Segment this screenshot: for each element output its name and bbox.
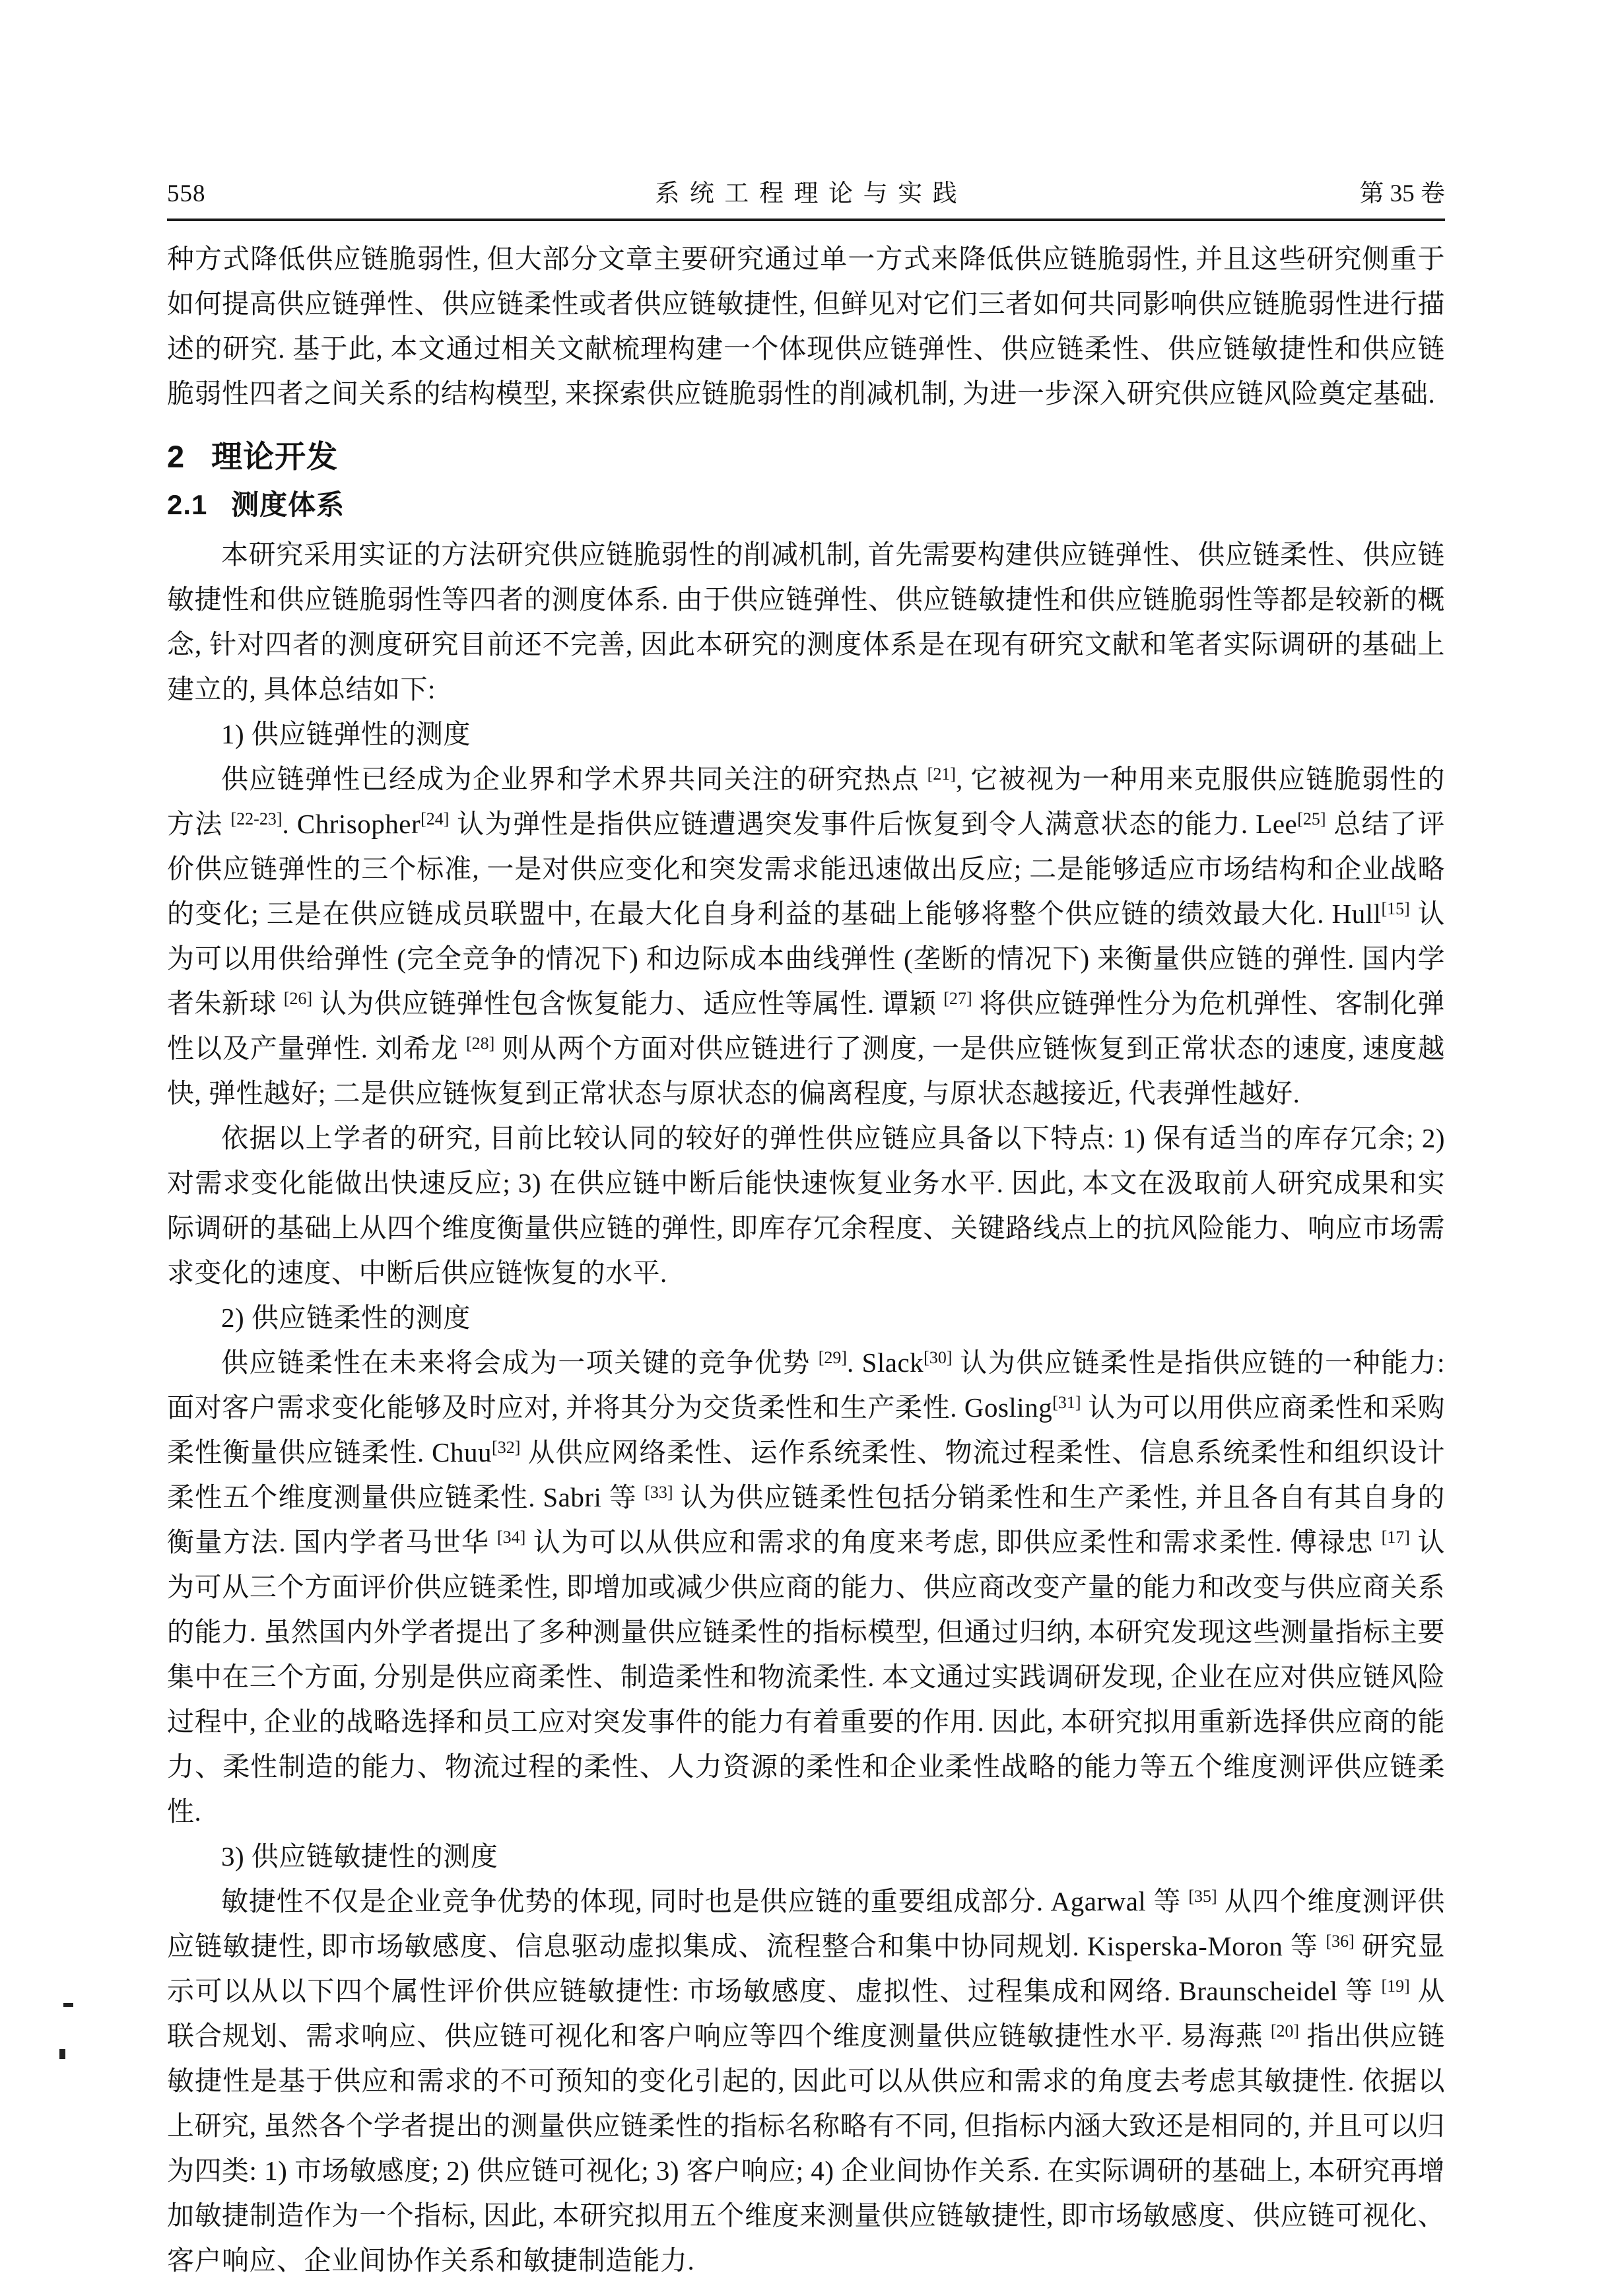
citation-superscript: [30] [924, 1348, 952, 1367]
citation-superscript: [17] [1382, 1528, 1410, 1547]
paragraph-agility-measurement: 敏捷性不仅是企业竞争优势的体现, 同时也是供应链的重要组成部分. Agarwal… [167, 1879, 1445, 2283]
paragraph-resilience-dimensions: 依据以上学者的研究, 目前比较认同的较好的弹性供应链应具备以下特点: 1) 保有… [167, 1116, 1445, 1295]
citation-superscript: [27] [943, 989, 972, 1008]
citation-superscript: [29] [819, 1348, 847, 1367]
citation-superscript: [33] [644, 1483, 673, 1502]
citation-superscript: [24] [420, 809, 449, 828]
journal-title: 系统工程理论与实践 [655, 180, 967, 209]
citation-superscript: [34] [497, 1528, 525, 1547]
citation-superscript: [21] [927, 764, 956, 784]
journal-page: 558 系统工程理论与实践 第 35 卷 种方式降低供应链脆弱性, 但大部分文章… [0, 0, 1612, 2296]
paragraph-intro-continuation: 种方式降低供应链脆弱性, 但大部分文章主要研究通过单一方式来降低供应链脆弱性, … [167, 236, 1445, 416]
volume-label: 第 35 卷 [957, 180, 1445, 209]
running-head: 558 系统工程理论与实践 第 35 卷 [167, 180, 1445, 209]
section-2-heading: 2理论开发 [167, 438, 1445, 475]
citation-superscript: [15] [1382, 899, 1410, 918]
header-rule [167, 219, 1445, 221]
section-2-number: 2 [167, 439, 185, 474]
scan-artifact [59, 2049, 65, 2059]
paragraph-resilience-measurement: 供应链弹性已经成为企业界和学术界共同关注的研究热点 [21], 它被视为一种用来… [167, 757, 1445, 1116]
citation-superscript: [20] [1271, 2021, 1299, 2041]
citation-superscript: [22-23] [231, 809, 283, 828]
item-2-flexibility-measure-label: 2) 供应链柔性的测度 [167, 1295, 1445, 1340]
paragraph-flexibility-measurement: 供应链柔性在未来将会成为一项关键的竞争优势 [29]. Slack[30] 认为… [167, 1340, 1445, 1834]
subsection-2-1-heading: 2.1测度体系 [167, 489, 1445, 522]
citation-superscript: [25] [1297, 809, 1326, 828]
subsection-2-1-title: 测度体系 [231, 489, 345, 520]
paragraph-measurement-system-intro: 本研究采用实证的方法研究供应链脆弱性的削减机制, 首先需要构建供应链弹性、供应链… [167, 532, 1445, 712]
citation-superscript: [35] [1188, 1887, 1217, 1906]
citation-superscript: [19] [1381, 1976, 1409, 1996]
item-3-agility-measure-label: 3) 供应链敏捷性的测度 [167, 1834, 1445, 1879]
section-2-title: 理论开发 [211, 439, 338, 474]
scan-artifact [63, 2003, 73, 2007]
citation-superscript: [28] [466, 1034, 494, 1053]
subsection-2-1-number: 2.1 [167, 489, 207, 520]
page-body: 种方式降低供应链脆弱性, 但大部分文章主要研究通过单一方式来降低供应链脆弱性, … [167, 236, 1445, 2283]
citation-superscript: [32] [492, 1438, 520, 1457]
citation-superscript: [31] [1052, 1393, 1081, 1412]
citation-superscript: [26] [284, 989, 312, 1008]
citation-superscript: [36] [1326, 1932, 1354, 1951]
page-number: 558 [167, 180, 655, 209]
item-1-resilience-measure-label: 1) 供应链弹性的测度 [167, 712, 1445, 757]
